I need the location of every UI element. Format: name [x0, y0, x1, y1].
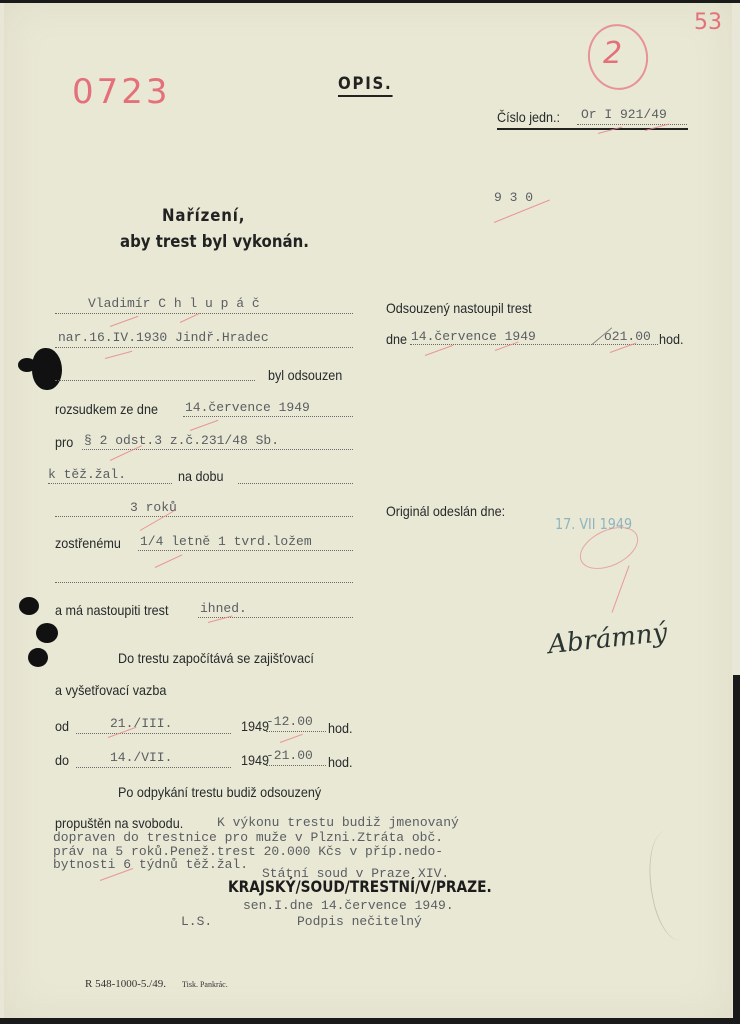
- for-label: pro: [55, 434, 73, 450]
- circled-number: 2: [603, 36, 622, 71]
- entered-hod: hod.: [659, 331, 684, 347]
- body-line-2: dopraven do trestnice pro muže v Plzni.Z…: [53, 830, 443, 845]
- page-number: 53: [694, 10, 722, 35]
- aggravated-label: zostřenému: [55, 535, 121, 551]
- scan-edge-bottom: [0, 1018, 740, 1024]
- body-line-1: K výkonu trestu budiž jmenovaný: [217, 815, 459, 830]
- scan-edge-right: [733, 675, 740, 1024]
- form-code: R 548-1000-5./49.: [85, 978, 166, 990]
- senate-date: sen.I.dne 14.července 1949.: [243, 898, 454, 913]
- scan-edge-top: [0, 0, 740, 3]
- to-time: -21.00: [266, 748, 313, 763]
- from-year: 1949: [241, 718, 269, 734]
- printer-name: Tisk. Pankrác.: [182, 980, 228, 989]
- from-time: -12.00: [266, 714, 313, 729]
- order-heading-2: aby trest byl vykonán.: [120, 232, 309, 252]
- archive-number: 0723: [72, 72, 171, 112]
- document-title: OPIS.: [338, 74, 393, 97]
- from-date: 21./III.: [110, 716, 172, 731]
- court-stamp: KRAJSKÝ/SOUD/TRESTNÍ/V/PRAZE.: [228, 877, 492, 896]
- from-label: od: [55, 718, 69, 734]
- case-number-label: Číslo jedn.:: [497, 109, 560, 125]
- judgment-label: rozsudkem ze dne: [55, 401, 158, 417]
- to-label: do: [55, 752, 69, 768]
- offense-continuation: k těž.žal.: [48, 467, 126, 482]
- duration-label: na dobu: [178, 468, 224, 484]
- start-value: ihned.: [200, 601, 247, 616]
- custody-text-1: Do trestu započítává se zajišťovací: [118, 650, 314, 666]
- release-text-continued: propuštěn na svobodu.: [55, 815, 183, 831]
- sent-label: Originál odeslán dne:: [386, 503, 505, 519]
- convict-name: Vladimír C h l u p á č: [88, 296, 260, 311]
- start-label: a má nastoupiti trest: [55, 602, 168, 618]
- sentenced-label: byl odsouzen: [268, 367, 342, 383]
- from-hod: hod.: [328, 720, 353, 736]
- punch-hole: [32, 348, 62, 390]
- signature-note: Podpis nečitelný: [297, 914, 422, 929]
- convict-birth: nar.16.IV.1930 Jindř.Hradec: [58, 330, 269, 345]
- punch-hole: [18, 358, 36, 372]
- seal-ls: L.S.: [181, 914, 212, 929]
- punch-hole: [28, 648, 48, 667]
- aggravated-value: 1/4 letně 1 tvrd.ložem: [140, 534, 312, 549]
- entered-dne-label: dne: [386, 331, 407, 347]
- judgment-date: 14.července 1949: [185, 400, 310, 415]
- punch-hole: [19, 597, 39, 615]
- order-heading-1: Nařízení,: [162, 206, 245, 226]
- offense: § 2 odst.3 z.č.231/48 Sb.: [84, 433, 279, 448]
- entered-label: Odsouzený nastoupil trest: [386, 300, 532, 316]
- typed-number: 9 3 0: [494, 190, 533, 205]
- release-text: Po odpykání trestu budiž odsouzený: [118, 784, 321, 800]
- to-date: 14./VII.: [110, 750, 172, 765]
- body-line-4: bytnosti 6 týdnů těž.žal.: [53, 857, 248, 872]
- entered-time: o21.00: [604, 329, 651, 344]
- to-hod: hod.: [328, 754, 353, 770]
- to-year: 1949: [241, 752, 269, 768]
- punch-hole: [36, 623, 58, 643]
- case-number-value: Or I 921/49: [581, 107, 667, 122]
- custody-text-2: a vyšetřovací vazba: [55, 682, 166, 698]
